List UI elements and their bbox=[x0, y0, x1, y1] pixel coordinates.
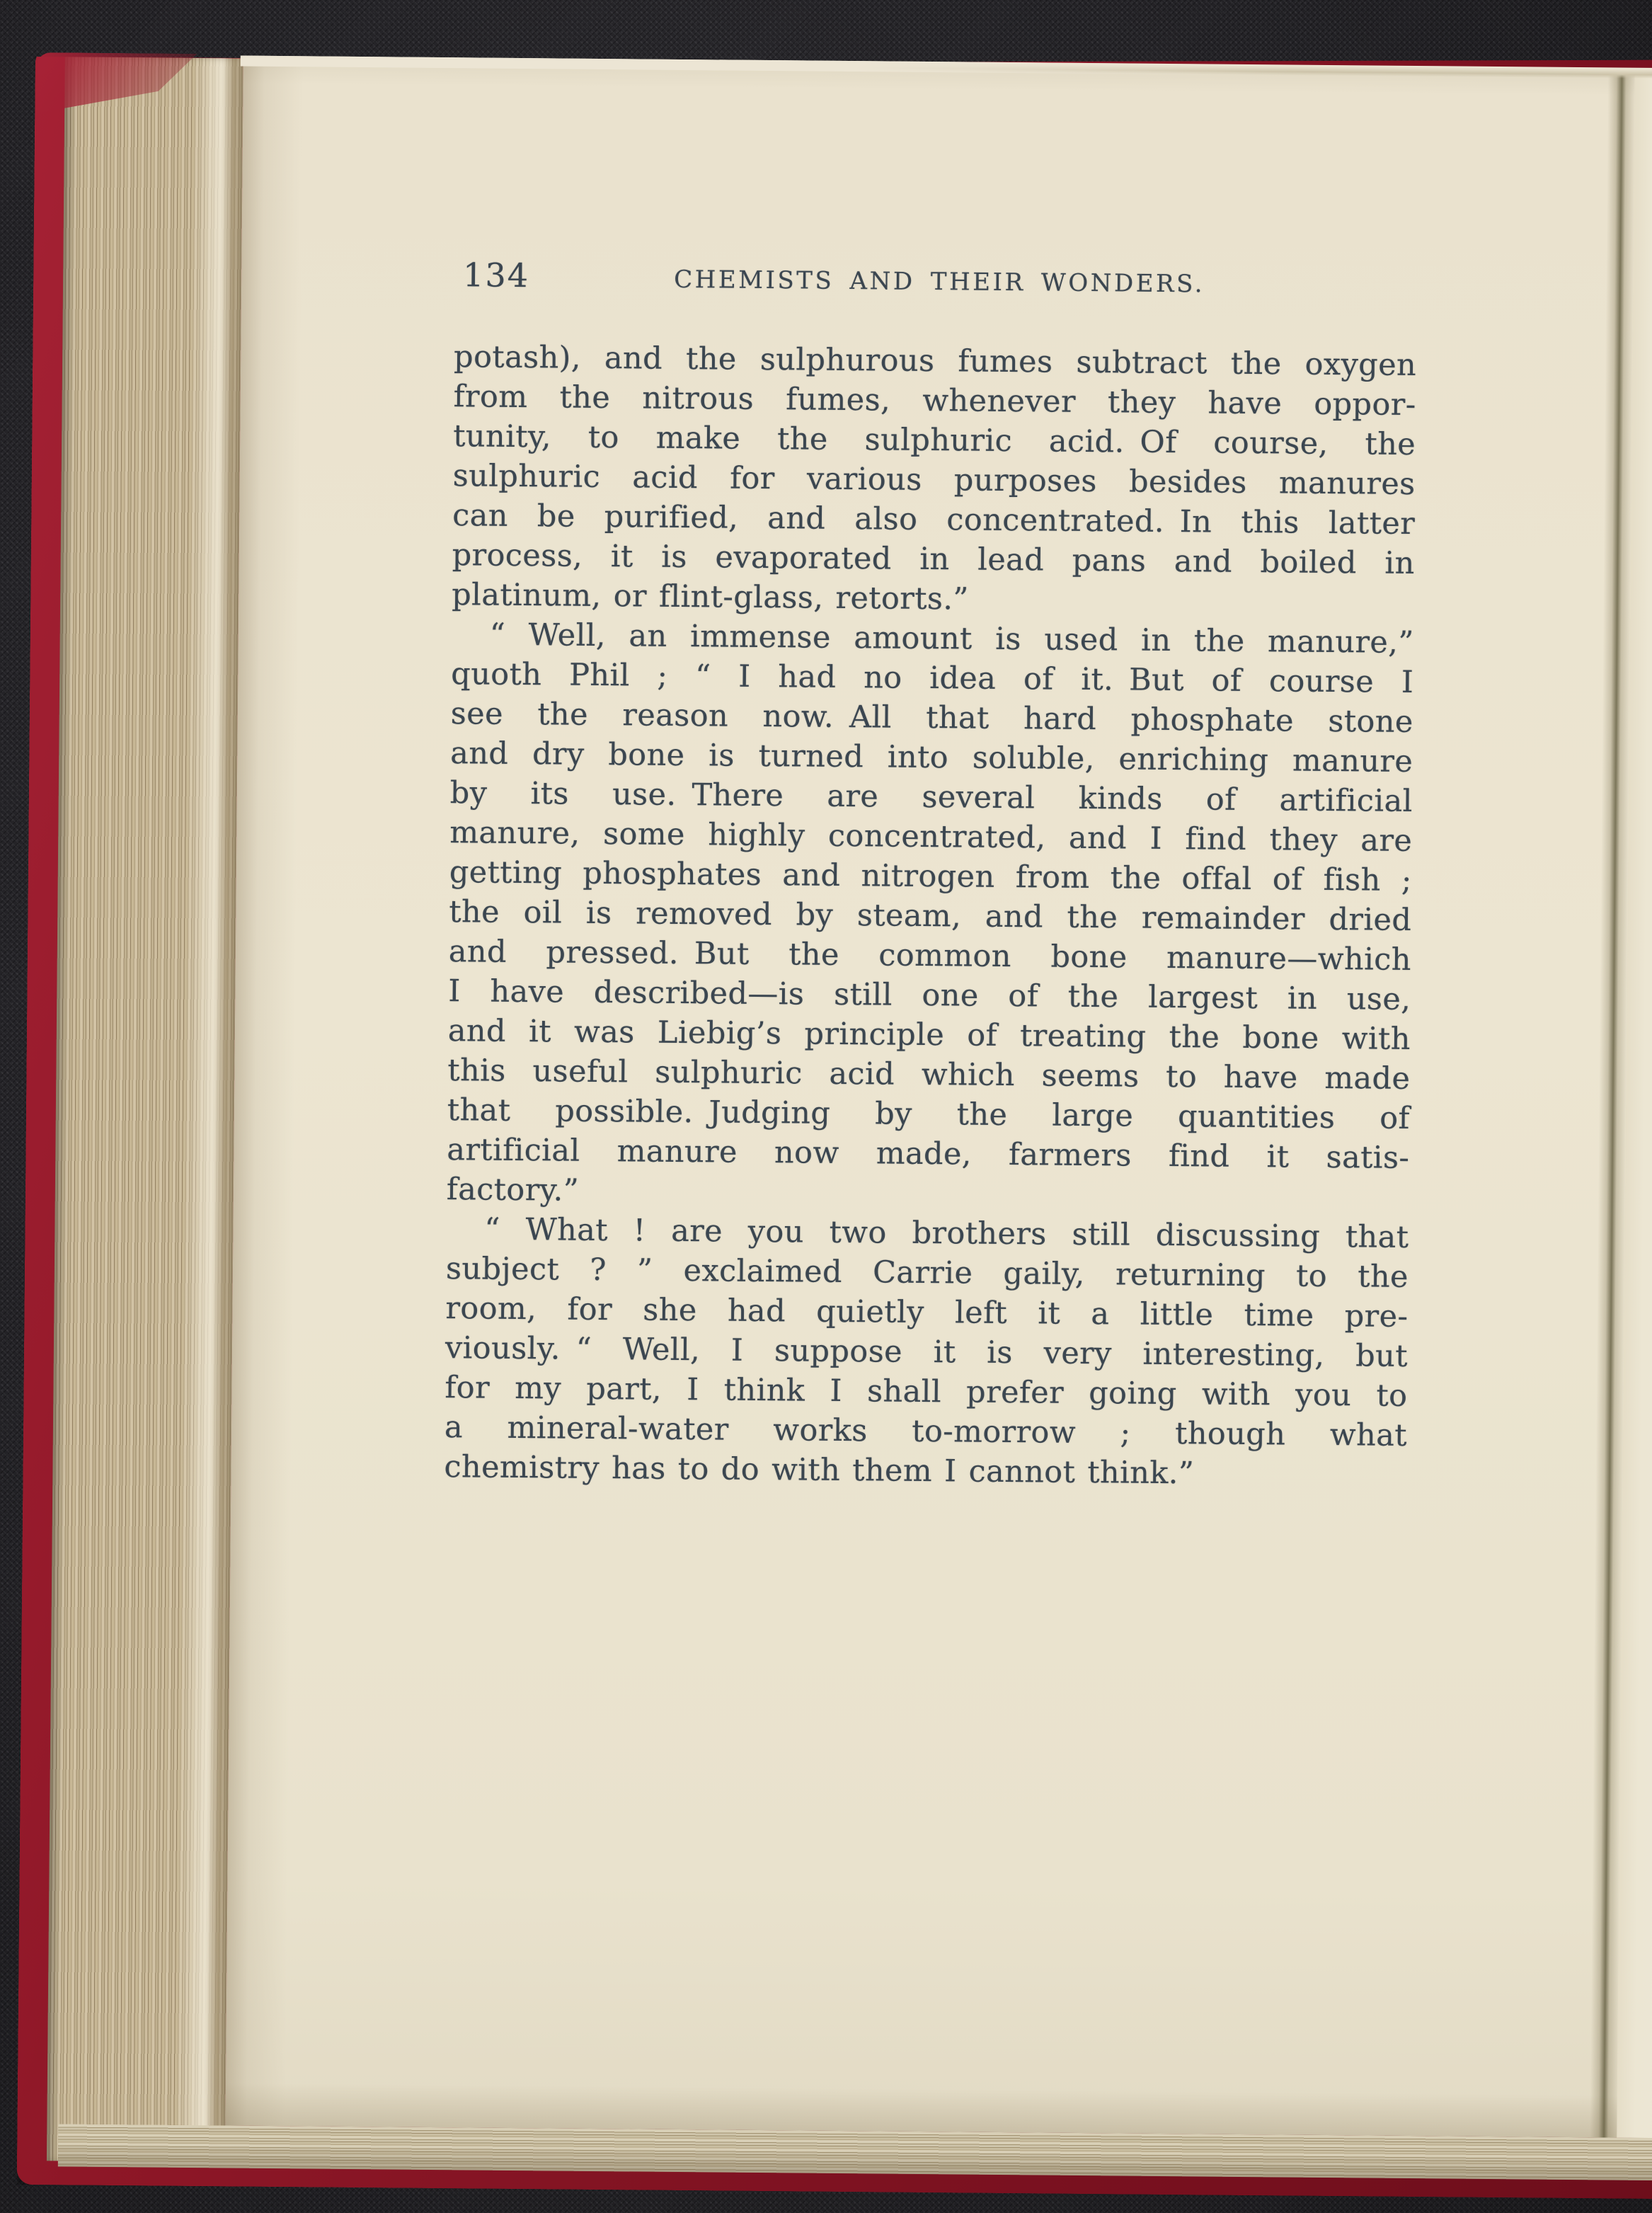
book: 134 CHEMISTS AND THEIR WONDERS. potash),… bbox=[17, 45, 1652, 2199]
book-page: 134 CHEMISTS AND THEIR WONDERS. potash),… bbox=[225, 63, 1652, 2139]
paragraph: potash), and the sulphurous fumes subtra… bbox=[452, 337, 1416, 623]
text-block: potash), and the sulphurous fumes subtra… bbox=[444, 337, 1416, 1495]
running-title: CHEMISTS AND THEIR WONDERS. bbox=[454, 261, 1424, 303]
page-content: 134 CHEMISTS AND THEIR WONDERS. potash),… bbox=[444, 253, 1417, 1495]
text-line: artificial manure now made, farmers find… bbox=[447, 1130, 1409, 1178]
text-line: chemistry has to do with them I cannot t… bbox=[444, 1447, 1406, 1495]
photo-scene: 134 CHEMISTS AND THEIR WONDERS. potash),… bbox=[0, 0, 1652, 2213]
book-fore-edge-pages bbox=[47, 57, 243, 2162]
page-header: 134 CHEMISTS AND THEIR WONDERS. bbox=[454, 253, 1418, 309]
paragraph: “ Well, an immense amount is used in the… bbox=[447, 614, 1414, 1218]
paragraph: “ What ! are you two brothers still disc… bbox=[444, 1209, 1409, 1495]
